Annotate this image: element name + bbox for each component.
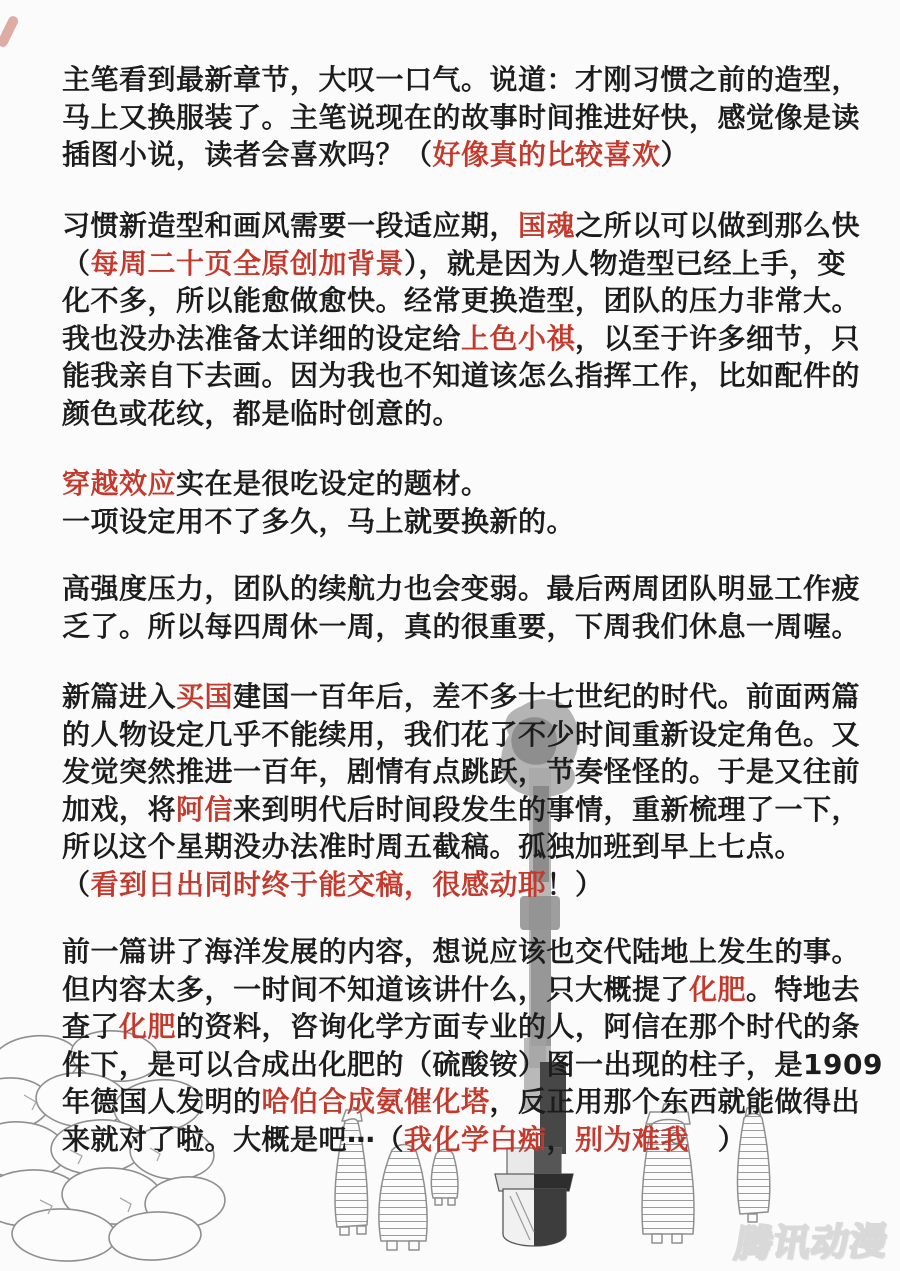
text-segment: ，反正用那个东西就能做得出 [490,1085,861,1118]
text-segment: ，以至于许多细节，只 [575,322,860,355]
text-segment: 习惯新造型和画风需要一段适应期， [62,209,518,242]
comic-afterword-page: 主笔看到最新章节，大叹一口气。说道：才刚习惯之前的造型，马上又换服装了。主笔说现… [0,0,900,1271]
text-segment: 。特地去 [746,973,860,1006]
text-line: 马上又换服装了。主笔说现在的故事时间推进好快，感觉像是读 [62,99,868,137]
text-segment: 我也没办法准备太详细的设定给 [62,322,461,355]
text-segment: 建国一百年后，差不多十七世纪的时代。前面两篇 [233,680,860,713]
text-segment: ） [689,1123,746,1156]
paragraph-6: 前一篇讲了海洋发展的内容，想说应该也交代陆地上发生的事。但内容太多，一时间不知道… [62,933,868,1159]
text-segment: 的资料，咨询化学方面专业的人，阿信在那个时代的条 [176,1010,860,1043]
text-line: 的人物设定几乎不能续用，我们花了不少时间重新设定角色。又 [62,716,868,754]
paragraph-2: 习惯新造型和画风需要一段适应期，国魂之所以可以做到那么快（每周二十页全原创加背景… [62,207,868,433]
text-segment: 高强度压力，团队的续航力也会变弱。最后两周团队明显工作疲 [62,572,860,605]
paragraph-3: 穿越效应实在是很吃设定的题材。一项设定用不了多久，马上就要换新的。 [62,465,868,540]
text-line: 能我亲自下去画。因为我也不知道该怎么指挥工作，比如配件的 [62,357,868,395]
text-segment: 的人物设定几乎不能续用，我们花了不少时间重新设定角色。又 [62,718,860,751]
text-line: 件下，是可以合成出化肥的（硫酸铵）图一出现的柱子，是1909 [62,1046,868,1084]
text-line: 但内容太多，一时间不知道该讲什么，只大概提了化肥。特地去 [62,971,868,1009]
tencent-comics-watermark: 腾讯动漫 [731,1211,892,1268]
red-text-segment: 买国 [176,680,233,713]
text-line: 穿越效应实在是很吃设定的题材。 [62,465,868,503]
red-text-segment: 别为难我 [575,1123,689,1156]
text-segment: 前一篇讲了海洋发展的内容，想说应该也交代陆地上发生的事。 [62,935,860,968]
text-segment: 之所以可以做到那么快 [575,209,860,242]
text-segment: 发觉突然推进一百年，剧情有点跳跃，节奏怪怪的。于是又往前 [62,755,860,788]
red-text-segment: 阿信 [176,793,233,826]
red-text-segment: 化肥 [119,1010,176,1043]
text-segment: 但内容太多，一时间不知道该讲什么，只大概提了 [62,973,689,1006]
red-text-segment: 国魂 [518,209,575,242]
text-line: 我也没办法准备太详细的设定给上色小祺，以至于许多细节，只 [62,320,868,358]
text-segment: （ [62,868,91,901]
text-line: 来就对了啦。大概是吧⋯（我化学白痴，别为难我 ） [62,1121,868,1159]
text-segment: ， [547,1123,576,1156]
text-segment: 所以这个星期没办法准时周五截稿。孤独加班到早上七点。 [62,830,803,863]
text-line: 加戏，将阿信来到明代后时间段发生的事情，重新梳理了一下， [62,791,868,829]
afterword-text: 主笔看到最新章节，大叹一口气。说道：才刚习惯之前的造型，马上又换服装了。主笔说现… [0,0,900,1271]
text-segment: （ [62,247,91,280]
text-segment: 件下，是可以合成出化肥的（硫酸铵）图一出现的柱子，是1909 [62,1048,883,1081]
red-text-segment: 化肥 [689,973,746,1006]
text-line: 年德国人发明的哈伯合成氨催化塔，反正用那个东西就能做得出 [62,1083,868,1121]
text-segment: 一项设定用不了多久，马上就要换新的。 [62,505,575,538]
text-segment: 新篇进入 [62,680,176,713]
text-line: 插图小说，读者会喜欢吗？（好像真的比较喜欢） [62,136,868,174]
text-segment: 年德国人发明的 [62,1085,262,1118]
text-line: 查了化肥的资料，咨询化学方面专业的人，阿信在那个时代的条 [62,1008,868,1046]
text-line: 所以这个星期没办法准时周五截稿。孤独加班到早上七点。 [62,828,868,866]
text-segment: 查了 [62,1010,119,1043]
text-line: 乏了。所以每四周休一周，真的很重要，下周我们休息一周喔。 [62,608,868,646]
text-segment: 颜色或花纹，都是临时创意的。 [62,397,461,430]
text-line: 主笔看到最新章节，大叹一口气。说道：才刚习惯之前的造型， [62,61,868,99]
text-line: 新篇进入买国建国一百年后，差不多十七世纪的时代。前面两篇 [62,678,868,716]
text-segment: 来到明代后时间段发生的事情，重新梳理了一下， [233,793,860,826]
text-segment: 加戏，将 [62,793,176,826]
red-text-segment: 好像真的比较喜欢 [433,138,661,171]
text-segment: 马上又换服装了。主笔说现在的故事时间推进好快，感觉像是读 [62,101,860,134]
paragraph-1: 主笔看到最新章节，大叹一口气。说道：才刚习惯之前的造型，马上又换服装了。主笔说现… [62,61,868,174]
red-text-segment: 每周二十页全原创加背景 [91,247,405,280]
text-segment: 实在是很吃设定的题材。 [176,467,490,500]
text-segment: 插图小说，读者会喜欢吗？（ [62,138,433,171]
red-text-segment: 哈伯合成氨催化塔 [262,1085,490,1118]
text-line: 颜色或花纹，都是临时创意的。 [62,395,868,433]
text-segment: ），就是因为人物造型已经上手，变 [404,247,846,280]
text-line: 高强度压力，团队的续航力也会变弱。最后两周团队明显工作疲 [62,570,868,608]
text-line: 化不多，所以能愈做愈快。经常更换造型，团队的压力非常大。 [62,282,868,320]
red-text-segment: 上色小祺 [461,322,575,355]
text-line: （看到日出同时终于能交稿，很感动耶！） [62,866,868,904]
text-line: 习惯新造型和画风需要一段适应期，国魂之所以可以做到那么快 [62,207,868,245]
text-line: （每周二十页全原创加背景），就是因为人物造型已经上手，变 [62,245,868,283]
red-text-segment: 看到日出同时终于能交稿，很感动耶 [91,868,547,901]
text-line: 发觉突然推进一百年，剧情有点跳跃，节奏怪怪的。于是又往前 [62,753,868,791]
text-line: 一项设定用不了多久，马上就要换新的。 [62,503,868,541]
text-segment: ） [661,138,690,171]
text-segment: ！） [547,868,604,901]
text-segment: 乏了。所以每四周休一周，真的很重要，下周我们休息一周喔。 [62,610,860,643]
text-line: 前一篇讲了海洋发展的内容，想说应该也交代陆地上发生的事。 [62,933,868,971]
red-text-segment: 穿越效应 [62,467,176,500]
text-segment: 能我亲自下去画。因为我也不知道该怎么指挥工作，比如配件的 [62,359,860,392]
paragraph-5: 新篇进入买国建国一百年后，差不多十七世纪的时代。前面两篇的人物设定几乎不能续用，… [62,678,868,904]
text-segment: 来就对了啦。大概是吧⋯（ [62,1123,404,1156]
text-segment: 化不多，所以能愈做愈快。经常更换造型，团队的压力非常大。 [62,284,860,317]
paragraph-4: 高强度压力，团队的续航力也会变弱。最后两周团队明显工作疲乏了。所以每四周休一周，… [62,570,868,645]
text-segment: 主笔看到最新章节，大叹一口气。说道：才刚习惯之前的造型， [62,63,860,96]
red-text-segment: 我化学白痴 [404,1123,547,1156]
